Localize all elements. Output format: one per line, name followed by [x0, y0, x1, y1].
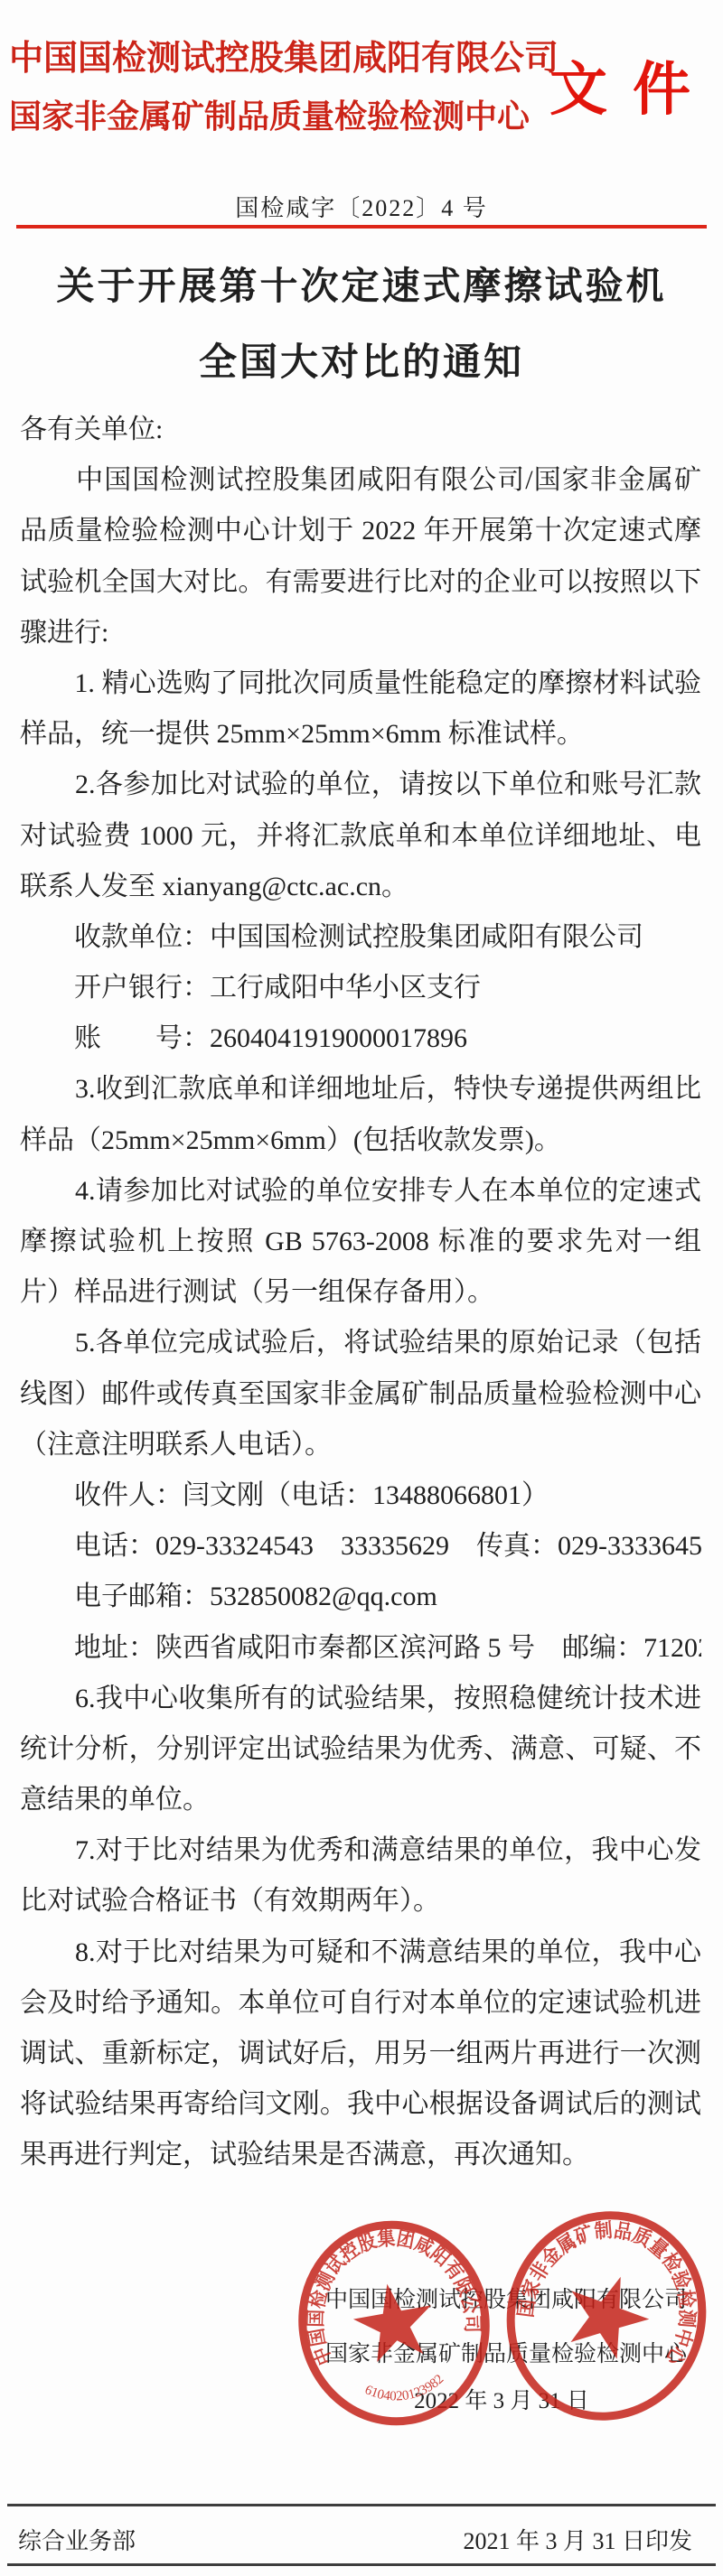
svg-text:6104020123982: 6104020123982: [361, 2369, 449, 2410]
body-line: 试验机全国大对比。有需要进行比对的企业可以按照以下步: [20, 557, 701, 608]
seal-star-icon: [555, 2263, 660, 2365]
seal-ring-text: 国家非金属矿制品质量检验检测中心: [510, 2204, 710, 2376]
body-line: 样品（25mm×25mm×6mm）(包括收款发票)。: [20, 1115, 701, 1166]
doc-title-line1: 关于开展第十次定速式摩擦试验机: [0, 257, 723, 311]
body-line: 会及时给予通知。本单位可自行对本单位的定速试验机进行: [20, 1978, 701, 2029]
body-line: 3.收到汇款底单和详细地址后，特快专递提供两组比对: [20, 1064, 701, 1115]
body-line: 7.对于比对结果为优秀和满意结果的单位，我中心发给: [20, 1825, 701, 1876]
body-line: 线图）邮件或传真至国家非金属矿制品质量检验检测中心: [20, 1369, 701, 1420]
letterhead-org-line1: 中国国检测试控股集团咸阳有限公司: [9, 30, 559, 79]
body-line: 果再进行判定，试验结果是否满意，再次通知。: [20, 2130, 701, 2180]
doc-number: 国检咸字〔2022〕4 号: [0, 190, 723, 223]
doc-type-label: 文件: [549, 43, 716, 126]
body-line: 地址：陕西省咸阳市秦都区滨河路 5 号 邮编：712021: [20, 1623, 701, 1674]
body-line: 联系人发至 xianyang@ctc.ac.cn。: [20, 862, 701, 912]
body-line: 账 号：2604041919000017896: [20, 1013, 701, 1064]
body-line: 6.我中心收集所有的试验结果，按照稳健统计技术进行: [20, 1674, 701, 1724]
footer-department: 综合业务部: [18, 2523, 136, 2556]
body-line: 8.对于比对结果为可疑和不满意结果的单位，我中心也: [20, 1927, 701, 1978]
body-line: 电子邮箱：532850082@qq.com: [20, 1572, 701, 1622]
center-seal: 国家非金属矿制品质量检验检测中心: [502, 2204, 710, 2432]
body-line: 开户银行：工行咸阳中华小区支行: [20, 963, 701, 1013]
body-line: 将试验结果再寄给闫文刚。我中心根据设备调试后的测试结: [20, 2079, 701, 2130]
footer-rule-top: [7, 2504, 716, 2506]
body-line: 收款单位：中国国检测试控股集团咸阳有限公司: [20, 912, 701, 963]
footer-issue-date: 2021 年 3 月 31 日印发: [463, 2523, 692, 2556]
body-line: 片）样品进行测试（另一组保存备用）。: [20, 1267, 701, 1318]
svg-text:国家非金属矿制品质量检验检测中心: 国家非金属矿制品质量检验检测中心: [510, 2204, 710, 2376]
letterhead-org-line2: 国家非金属矿制品质量检验检测中心: [9, 91, 530, 137]
doc-title-line2: 全国大对比的通知: [0, 332, 723, 387]
body-line: 各有关单位:: [20, 405, 701, 455]
body-line: 1. 精心选购了同批次同质量性能稳定的摩擦材料试验: [20, 658, 701, 709]
body-line: 骤进行:: [20, 608, 701, 658]
body-line: （注意注明联系人电话）。: [20, 1420, 701, 1470]
red-divider-rule: [16, 225, 707, 229]
body-line: 样品，统一提供 25mm×25mm×6mm 标准试样。: [20, 709, 701, 760]
body-line: 调试、重新标定，调试好后，用另一组两片再进行一次测试，: [20, 2029, 701, 2079]
body-line: 2.各参加比对试验的单位，请按以下单位和账号汇款比: [20, 760, 701, 810]
body-line: 摩擦试验机上按照 GB 5763-2008 标准的要求先对一组（两: [20, 1217, 701, 1267]
document-body: 各有关单位: 中国国检测试控股集团咸阳有限公司/国家非金属矿制品质量检验检测中心…: [20, 405, 701, 2181]
body-line: 对试验费 1000 元，并将汇款底单和本单位详细地址、电话、: [20, 811, 701, 862]
body-line: 品质量检验检测中心计划于 2022 年开展第十次定速式摩擦: [20, 506, 701, 556]
body-line: 收件人：闫文刚（电话：13488066801）: [20, 1470, 701, 1521]
seal-star-icon: [348, 2277, 439, 2365]
body-line: 中国国检测试控股集团咸阳有限公司/国家非金属矿制: [20, 455, 701, 506]
body-line: 5.各单位完成试验后，将试验结果的原始记录（包括曲: [20, 1318, 701, 1368]
seal-code-text: 6104020123982: [361, 2369, 449, 2410]
body-line: 电话：029-33324543 33335629 传真：029-33336458: [20, 1521, 701, 1572]
official-document-page: 中国国检测试控股集团咸阳有限公司 国家非金属矿制品质量检验检测中心 文件 国检咸…: [0, 0, 723, 2576]
body-line: 比对试验合格证书（有效期两年）。: [20, 1876, 701, 1927]
company-seal: 中国国检测试控股集团咸阳有限公司 6104020123982: [294, 2216, 494, 2435]
body-line: 4.请参加比对试验的单位安排专人在本单位的定速式: [20, 1166, 701, 1217]
footer-rule-bottom: [7, 2563, 716, 2566]
body-line: 统计分析，分别评定出试验结果为优秀、满意、可疑、不满: [20, 1724, 701, 1775]
body-line: 意结果的单位。: [20, 1775, 701, 1825]
